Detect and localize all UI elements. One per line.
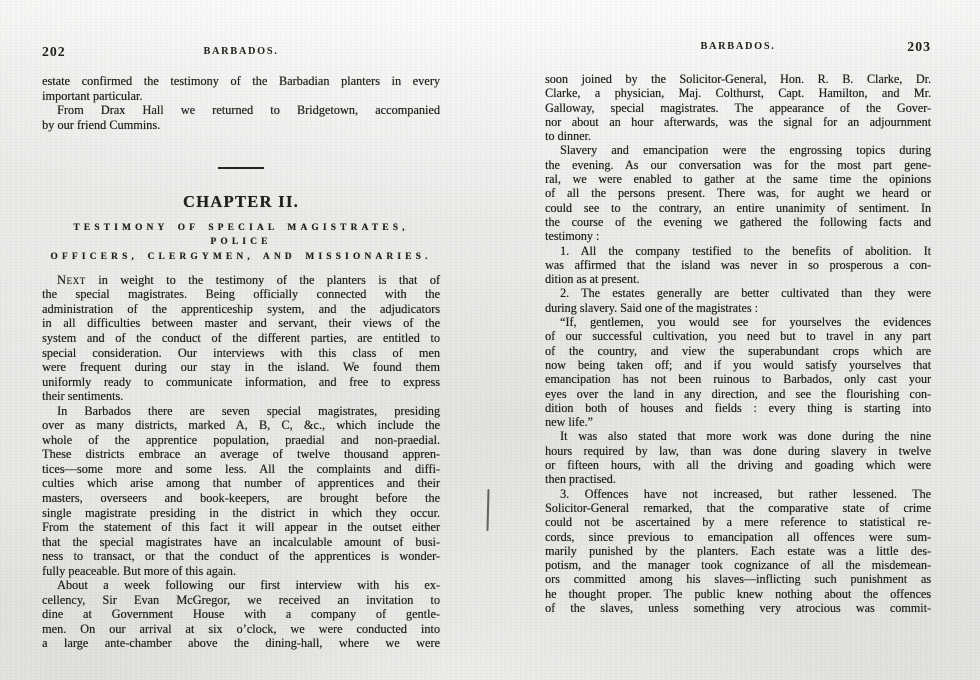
paragraph: It was also stated that more work was do…: [545, 429, 931, 486]
left-page: 202 BARBADOS. estate confirmed the testi…: [42, 46, 440, 651]
text-line: testimony :: [545, 229, 931, 243]
text-line: soon joined by the Solicitor-General, Ho…: [545, 72, 931, 86]
text-line: or fifteen hours, with all the driving a…: [545, 458, 931, 472]
text-line: could not be ascertained by a mere refer…: [545, 515, 931, 529]
text-line: potism, and the manager took cognizance …: [545, 558, 931, 572]
text-line: new life.”: [545, 415, 931, 429]
text-line: now being taken off; and if you would sa…: [545, 358, 931, 372]
text-line: of the slaves, unless something very atr…: [545, 601, 931, 615]
scratch-mark: [486, 489, 489, 531]
text-line: special consideration. Our interviews wi…: [42, 346, 440, 361]
text-line: From Drax Hall we returned to Bridgetown…: [42, 103, 440, 118]
text-line: of our successful cultivation, you need …: [545, 329, 931, 343]
text-line: in all difficulties between master and s…: [42, 316, 440, 331]
text-line: fully peaceable. But more of this again.: [42, 564, 440, 579]
text-line: over as many districts, marked A, B, C, …: [42, 418, 440, 433]
chapter-subtitle: TESTIMONY OF SPECIAL MAGISTRATES, POLICE…: [42, 221, 440, 264]
text-line: their sentiments.: [42, 389, 440, 404]
book-scan-spread: 202 BARBADOS. estate confirmed the testi…: [0, 0, 980, 680]
paragraph: 3. Offences have not increased, but rath…: [545, 487, 931, 616]
text-line: the course of the evening we gathered th…: [545, 215, 931, 229]
page-number: 203: [907, 39, 931, 55]
text-line: “If, gentlemen, you would see for yourse…: [545, 315, 931, 329]
text-line: About a week following our first intervi…: [42, 578, 440, 593]
text-line: Galloway, special magistrates. The appea…: [545, 101, 931, 115]
right-page: 203 BARBADOS. soon joined by the Solicit…: [545, 41, 931, 615]
text-line: administration of the apprenticeship sys…: [42, 302, 440, 317]
text-line: hours required by law, than was done dur…: [545, 444, 931, 458]
text-line: cellency, Sir Evan McGregor, we received…: [42, 593, 440, 608]
running-head: BARBADOS.: [545, 41, 931, 52]
right-page-body: soon joined by the Solicitor-General, Ho…: [545, 72, 931, 615]
paragraph: “If, gentlemen, you would see for yourse…: [545, 315, 931, 429]
text-line: the special magistrates. Being officiall…: [42, 287, 440, 302]
text-line: culties which arise among that number of…: [42, 476, 440, 491]
text-line: 2. The estates generally are better cult…: [545, 286, 931, 300]
text-line: dine at Government House with a company …: [42, 607, 440, 622]
text-line: dition both of houses and fields : every…: [545, 401, 931, 415]
text-line: From the statement of this fact it will …: [42, 520, 440, 535]
text-line: to dinner.: [545, 129, 931, 143]
text-line: whole of the apprentice population, prae…: [42, 433, 440, 448]
text-line: was affirmed that the island was never i…: [545, 258, 931, 272]
text-line: by our friend Cummins.: [42, 118, 440, 133]
small-caps-lead-word: Next: [57, 273, 86, 287]
text-line: that the special magistrates have an inc…: [42, 535, 440, 550]
text-line: Slavery and emancipation were the engros…: [545, 143, 931, 157]
text-line: the evening. As our conversation was for…: [545, 158, 931, 172]
text-line: during slavery. Said one of the magistra…: [545, 301, 931, 315]
text-line: estate confirmed the testimony of the Ba…: [42, 74, 440, 89]
paragraph: Slavery and emancipation were the engros…: [545, 143, 931, 243]
left-page-body: estate confirmed the testimony of the Ba…: [42, 74, 440, 651]
paragraph: soon joined by the Solicitor-General, Ho…: [545, 72, 931, 143]
text-line: a large ante-chamber above the dining-ha…: [42, 636, 440, 651]
text-line: could see to the contrary, an entire una…: [545, 201, 931, 215]
page-number: 202: [42, 44, 66, 60]
paragraph: In Barbados there are seven special magi…: [42, 404, 440, 579]
text-line: Clarke, a physician, Maj. Colthurst, Cap…: [545, 86, 931, 100]
subtitle-line: TESTIMONY OF SPECIAL MAGISTRATES, POLICE: [42, 221, 440, 249]
text-line: men. On our arrival at six o’clock, we w…: [42, 622, 440, 637]
text-line: Solicitor-General remarked, that the com…: [545, 501, 931, 515]
text-line: In Barbados there are seven special magi…: [42, 404, 440, 419]
text-line: uniformly ready to communicate informati…: [42, 375, 440, 390]
paragraph: About a week following our first intervi…: [42, 578, 440, 651]
paragraph: 2. The estates generally are better cult…: [545, 286, 931, 315]
left-page-header: 202 BARBADOS.: [42, 46, 440, 62]
text-line: marily punished by the planters. Each es…: [545, 544, 931, 558]
subtitle-line: OFFICERS, CLERGYMEN, AND MISSIONARIES.: [42, 250, 440, 264]
text-line: emancipation has not been ruinous to Bar…: [545, 372, 931, 386]
text-line: were frequent during our stay in the isl…: [42, 360, 440, 375]
text-line: 3. Offences have not increased, but rath…: [545, 487, 931, 501]
text-line: 1. All the company testified to the bene…: [545, 244, 931, 258]
text-line: of all the persons present. There was, f…: [545, 186, 931, 200]
text-line: nor about an hour afterwards, was the si…: [545, 115, 931, 129]
right-page-header: 203 BARBADOS.: [545, 41, 931, 57]
running-head: BARBADOS.: [42, 46, 440, 57]
text-line: ral, we were enabled to gather at the sa…: [545, 172, 931, 186]
text-line: important particular.: [42, 89, 440, 104]
text-line: It was also stated that more work was do…: [545, 429, 931, 443]
chapter-heading: CHAPTER II.: [42, 192, 440, 211]
section-divider-rule: [218, 167, 264, 169]
text-line: These districts embrace an average of tw…: [42, 447, 440, 462]
paragraph: From Drax Hall we returned to Bridgetown…: [42, 103, 440, 132]
text-line: ors committed among his slaves—inflictin…: [545, 572, 931, 586]
text-line: then practised.: [545, 472, 931, 486]
text-line: he thought proper. The public knew nothi…: [545, 587, 931, 601]
paragraph: estate confirmed the testimony of the Ba…: [42, 74, 440, 103]
paragraph: Next in weight to the testimony of the p…: [42, 273, 440, 404]
text-line: dition as at present.: [545, 272, 931, 286]
text-line: masters, overseers and book-keepers, are…: [42, 491, 440, 506]
text-line: single magistrate presiding in the distr…: [42, 506, 440, 521]
text-line: eyes over the land in any direction, and…: [545, 387, 931, 401]
text-line: of the country, and view the superabunda…: [545, 344, 931, 358]
text-line: Next in weight to the testimony of the p…: [42, 273, 440, 288]
text-line: system and of the conduct of the differe…: [42, 331, 440, 346]
text-line: tices—some more and some less. All the c…: [42, 462, 440, 477]
paragraph: 1. All the company testified to the bene…: [545, 244, 931, 287]
text-line: ness to transact, or that the conduct of…: [42, 549, 440, 564]
text-line: cords, since previous to emancipation al…: [545, 530, 931, 544]
